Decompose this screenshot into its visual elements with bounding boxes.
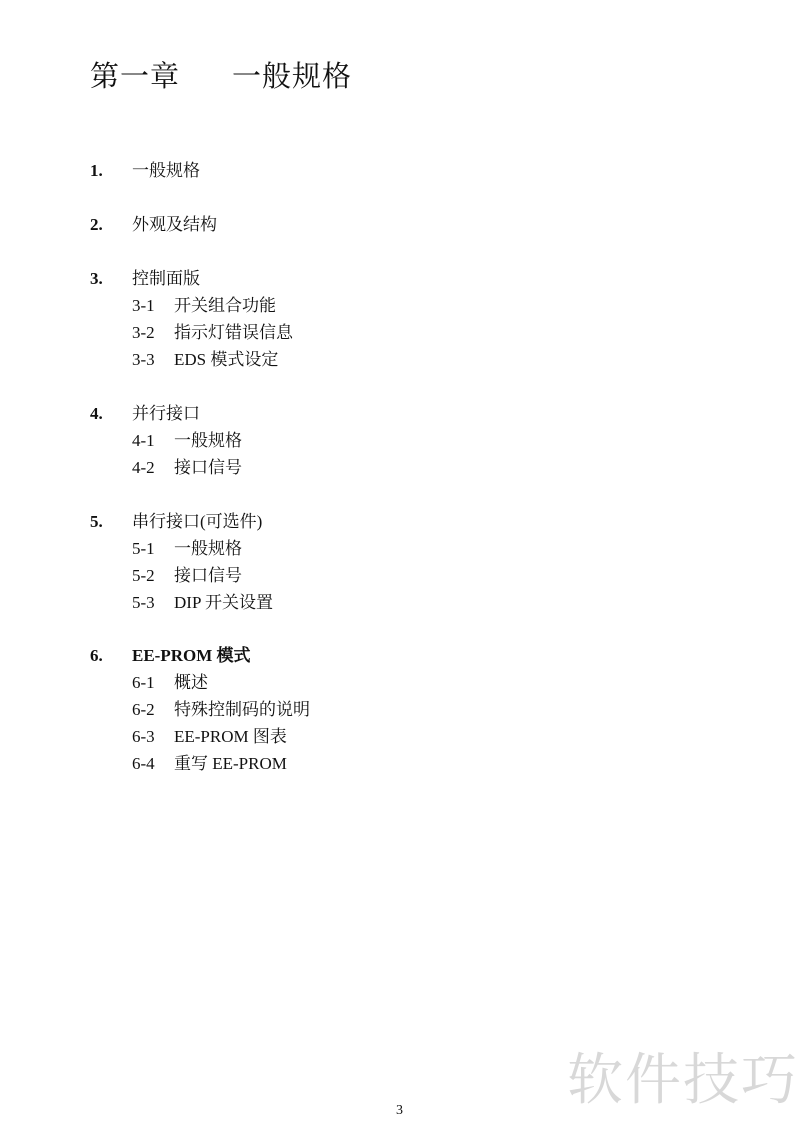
section-number: 6.	[90, 646, 132, 666]
toc-subsection-3-1: 3-1开关组合功能	[132, 291, 276, 316]
section-number: 1.	[90, 161, 132, 181]
toc-subsection-5-3: 5-3DIP 开关设置	[132, 588, 273, 613]
subsection-label: DIP 开关设置	[174, 593, 273, 612]
subsection-number: 3-2	[132, 323, 174, 343]
subsection-number: 5-2	[132, 566, 174, 586]
subsection-number: 5-1	[132, 539, 174, 559]
toc-section-6: 6.EE-PROM 模式	[90, 641, 251, 666]
subsection-label: 开关组合功能	[174, 296, 276, 315]
toc-subsection-6-4: 6-4重写 EE-PROM	[132, 749, 287, 774]
subsection-label: 一般规格	[174, 431, 242, 450]
toc-section-1: 1.一般规格	[90, 156, 200, 181]
toc-subsection-4-1: 4-1一般规格	[132, 426, 242, 451]
section-number: 4.	[90, 404, 132, 424]
subsection-label: 一般规格	[174, 539, 242, 558]
subsection-label: 接口信号	[174, 566, 242, 585]
watermark: 软件技巧	[567, 1036, 799, 1116]
section-number: 2.	[90, 215, 132, 235]
subsection-number: 3-1	[132, 296, 174, 316]
subsection-number: 6-4	[132, 754, 174, 774]
section-label: 一般规格	[132, 161, 200, 180]
toc-subsection-6-1: 6-1概述	[132, 668, 208, 693]
page-number: 3	[396, 1103, 403, 1119]
toc-subsection-3-2: 3-2指示灯错误信息	[132, 318, 293, 343]
section-label: 并行接口	[132, 404, 200, 423]
toc-section-4: 4.并行接口	[90, 399, 200, 424]
subsection-label: 特殊控制码的说明	[174, 700, 310, 719]
section-label: 串行接口(可选件)	[132, 512, 262, 531]
subsection-number: 4-2	[132, 458, 174, 478]
subsection-label: 指示灯错误信息	[174, 323, 293, 342]
toc-subsection-5-2: 5-2接口信号	[132, 561, 242, 586]
toc-subsection-3-3: 3-3EDS 模式设定	[132, 345, 278, 370]
section-label: 外观及结构	[132, 215, 217, 234]
subsection-number: 6-1	[132, 673, 174, 693]
subsection-number: 3-3	[132, 350, 174, 370]
section-label: EE-PROM 模式	[132, 646, 251, 665]
toc-subsection-6-2: 6-2特殊控制码的说明	[132, 695, 310, 720]
toc-section-5: 5.串行接口(可选件)	[90, 507, 262, 532]
section-number: 3.	[90, 269, 132, 289]
subsection-label: 概述	[174, 673, 208, 692]
section-label: 控制面版	[132, 269, 200, 288]
subsection-label: EE-PROM 图表	[174, 727, 287, 746]
chapter-number: 第一章	[90, 61, 180, 93]
toc-section-3: 3.控制面版	[90, 264, 200, 289]
subsection-label: 重写 EE-PROM	[174, 754, 287, 773]
subsection-label: 接口信号	[174, 458, 242, 477]
chapter-title: 第一章一般规格	[90, 54, 352, 95]
subsection-label: EDS 模式设定	[174, 350, 278, 369]
subsection-number: 4-1	[132, 431, 174, 451]
chapter-name: 一般规格	[232, 61, 352, 93]
subsection-number: 6-2	[132, 700, 174, 720]
subsection-number: 5-3	[132, 593, 174, 613]
toc-subsection-5-1: 5-1一般规格	[132, 534, 242, 559]
subsection-number: 6-3	[132, 727, 174, 747]
toc-subsection-6-3: 6-3EE-PROM 图表	[132, 722, 287, 747]
section-number: 5.	[90, 512, 132, 532]
toc-subsection-4-2: 4-2接口信号	[132, 453, 242, 478]
toc-section-2: 2.外观及结构	[90, 210, 217, 235]
